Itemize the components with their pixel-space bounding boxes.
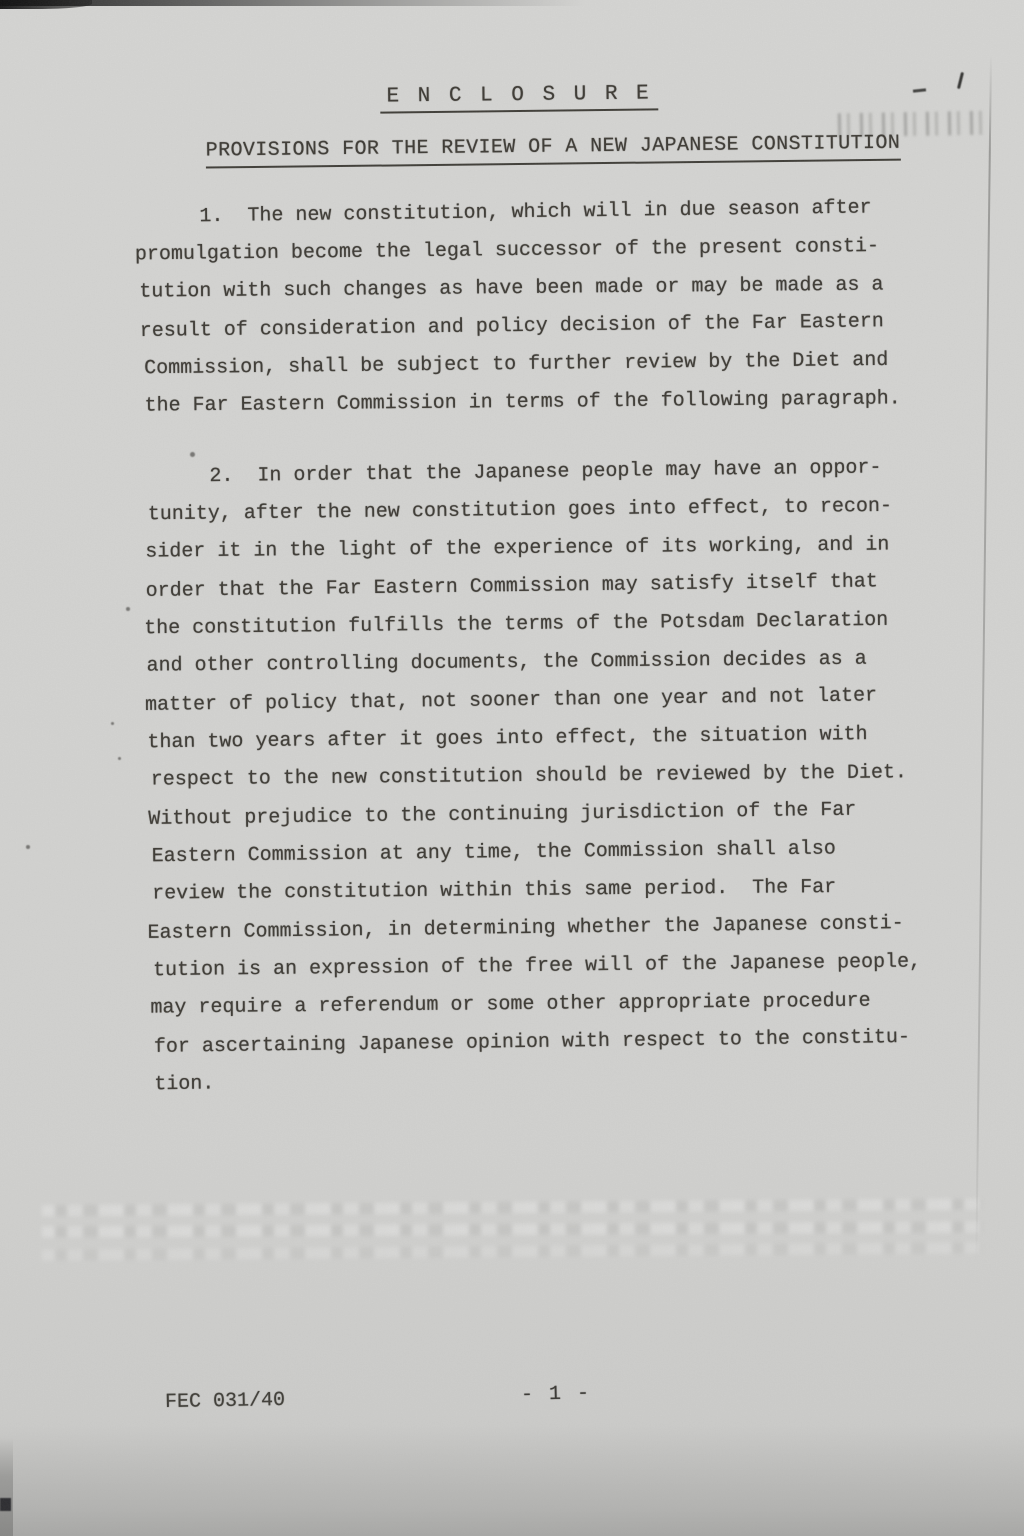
title-row: E N C L O S U R E (135, 80, 903, 117)
pen-mark-dash (913, 88, 926, 92)
scan-bottom-shading (0, 1426, 1024, 1536)
ink-speck (111, 722, 114, 725)
paragraph-2: 2. In order that the Japanese people may… (139, 450, 914, 1105)
scanned-document-page: E N C L O S U R E PROVISIONS FOR THE REV… (0, 0, 1024, 1536)
ink-speck (126, 607, 130, 611)
bleed-through-text-band (42, 1222, 982, 1238)
bleed-through-text-band (42, 1242, 982, 1260)
page-title: E N C L O S U R E (380, 82, 658, 113)
page-number: - 1 - (521, 1382, 591, 1406)
pen-mark-stroke (957, 72, 964, 89)
document-heading: PROVISIONS FOR THE REVIEW OF A NEW JAPAN… (206, 132, 901, 169)
heading-row: PROVISIONS FOR THE REVIEW OF A NEW JAPAN… (206, 132, 904, 169)
document-reference: FEC 031/40 (165, 1389, 285, 1414)
scan-top-left-corner-shadow (0, 0, 92, 9)
scan-edge-ink-mark (0, 1498, 11, 1511)
ink-speck (26, 845, 30, 849)
text-line: the Far Eastern Commission in terms of t… (144, 380, 906, 425)
typewritten-content: E N C L O S U R E PROVISIONS FOR THE REV… (135, 80, 914, 1105)
ink-speck (118, 757, 121, 760)
scan-bottom-left-edge (0, 1438, 13, 1536)
paper-fold-line (975, 55, 992, 1265)
paragraph-1: 1. The new constitution, which will in d… (136, 190, 907, 427)
bleed-through-text-band (42, 1199, 982, 1217)
